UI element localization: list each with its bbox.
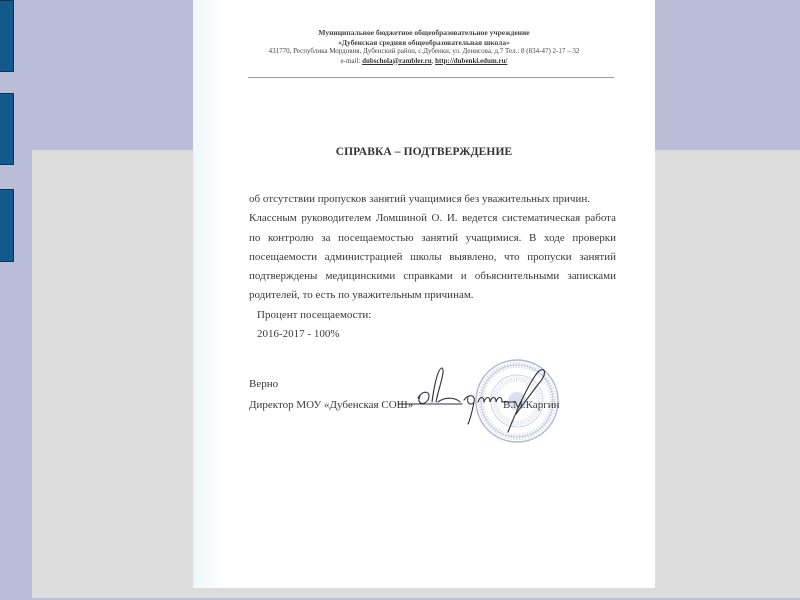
document-subject: об отсутствии пропусков занятий учащимис…: [249, 190, 616, 209]
signature-strokes-icon: [398, 362, 658, 442]
attendance-label: Процент посещаемости:: [249, 306, 616, 325]
document-paragraph: Классным руководителем Ломшиной О. И. ве…: [249, 209, 616, 305]
email-label: e-mail:: [341, 57, 361, 65]
document-title: СПРАВКА – ПОДТВЕРЖДЕНИЕ: [193, 146, 655, 158]
org-name-line2: «Дубенская средняя общеобразовательная ш…: [193, 38, 655, 48]
org-address: 431770, Республика Мордовия, Дубенский р…: [193, 47, 655, 57]
scanned-document-page: Муниципальное бюджетное общеобразователь…: [193, 0, 655, 588]
letterhead-divider: [248, 77, 614, 78]
attendance-value: 2016-2017 - 100%: [249, 325, 616, 344]
accent-bar-2: [0, 93, 14, 165]
letterhead: Муниципальное бюджетное общеобразователь…: [193, 28, 655, 66]
email-link[interactable]: dubschola@rambler.ru: [362, 57, 431, 65]
accent-bar-1: [0, 0, 14, 72]
org-contacts: e-mail: dubschola@rambler.ru, http://dub…: [193, 57, 655, 67]
document-body: об отсутствии пропусков занятий учащимис…: [249, 190, 616, 344]
signatory-title: Директор МОУ «Дубенская СОШ»: [249, 399, 413, 411]
org-name-line1: Муниципальное бюджетное общеобразователь…: [193, 28, 655, 38]
website-link[interactable]: http://dubenki.edum.ru/: [435, 57, 507, 65]
accent-bar-3: [0, 189, 14, 262]
